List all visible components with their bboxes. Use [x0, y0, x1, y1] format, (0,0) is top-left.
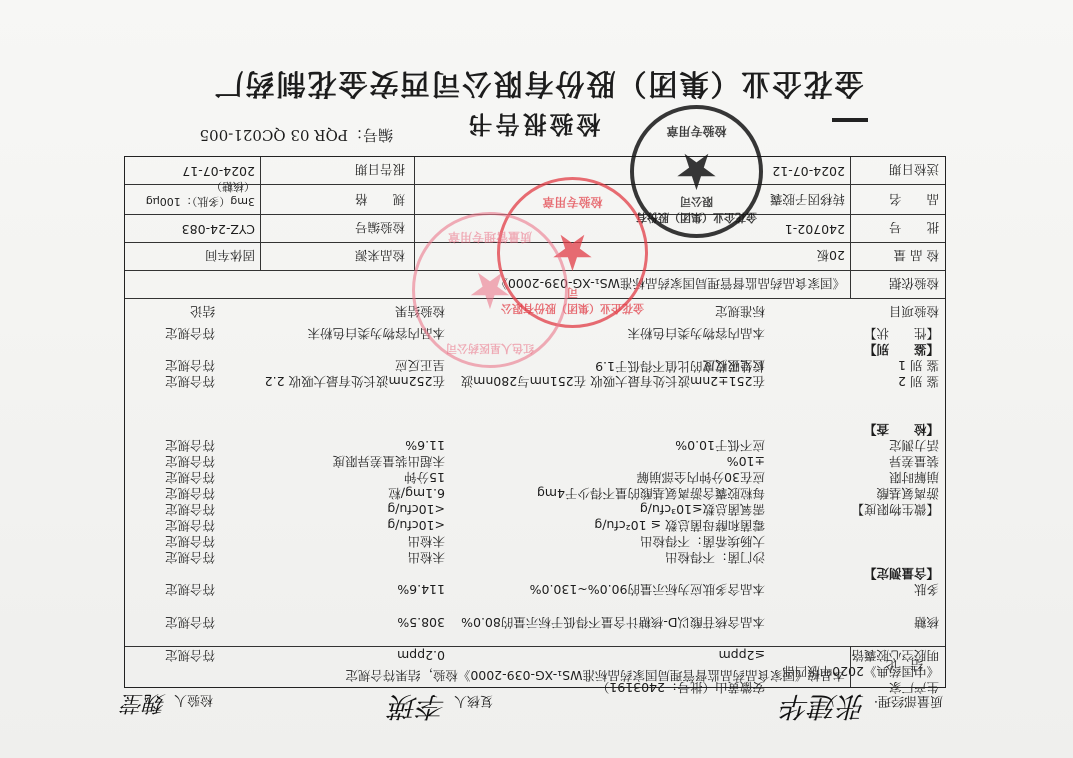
conclusion-label: 结 论: [885, 657, 923, 675]
cell-result: 本品内容物为类白色粉末: [245, 326, 445, 341]
reviewer-signature: 李瑛: [390, 690, 446, 723]
qa-manager-signature-block: 质量部经理·张建华: [782, 688, 943, 728]
cell-item: 装量差异: [769, 454, 939, 469]
cell-item: 【含量测定】: [769, 566, 939, 581]
cell-standard: 每粒胶囊含游离氨基酸的量不得少于4mg: [455, 486, 765, 501]
quantity: 20板: [817, 247, 845, 265]
cell-standard: ±10%: [455, 454, 765, 469]
cell-result: 15分钟: [245, 470, 445, 485]
spec: 3mg（多肽）：100μg（核糖）: [130, 179, 255, 209]
source-label: 检品来源: [355, 247, 405, 265]
cell-result: 未检出: [245, 550, 445, 565]
pink-quality-seal: 红色人星医药公司 ★ 质量管理专用章: [412, 212, 568, 368]
divider: [260, 157, 261, 271]
test-number-label: 检验编号: [355, 219, 405, 237]
cell-result: 308.5%: [245, 615, 445, 630]
header-standard: 标准规定: [715, 303, 765, 321]
cell-result: 未检出: [245, 534, 445, 549]
cell-conclusion: 符合规定: [135, 648, 215, 663]
cell-standard: 需氧菌总数≤10³cfu/g: [455, 502, 765, 517]
divider: [414, 157, 415, 271]
cell-standard: 本品含多肽应为标示量的90.0%~130.0%: [455, 582, 765, 597]
report-title: 检验报告书: [393, 109, 673, 144]
header-conclusion: 结论: [190, 303, 215, 321]
header-item: 检验项目: [889, 303, 939, 321]
cell-result: 114.6%: [245, 582, 445, 597]
cell-conclusion: 符合规定: [135, 470, 215, 485]
product-name: 转移因子胶囊: [770, 191, 845, 209]
batch-number: 240702-1: [785, 222, 845, 237]
reviewer-signature-block: 复核人李瑛: [390, 688, 493, 728]
reviewer-label: 复核人: [454, 693, 493, 708]
report-date: 2024-07-17: [182, 164, 255, 179]
cell-standard: 霉菌和酵母菌总数 ≤ 10²cfu/g: [455, 518, 765, 533]
divider: [850, 157, 851, 299]
cell-standard: 沙门菌：不得检出: [455, 550, 765, 565]
qa-manager-signature: 张建华: [782, 690, 866, 723]
star-icon: ★: [468, 265, 513, 315]
qa-manager-label: 质量部经理·: [874, 693, 943, 708]
seal-text: 红色人星医药公司: [415, 341, 565, 357]
cell-conclusion: 符合规定: [135, 358, 215, 373]
cell-conclusion: 符合规定: [135, 534, 215, 549]
seal-caption: 质量管理专用章: [415, 229, 565, 246]
cell-result: 6.1mg/粒: [245, 486, 445, 501]
document-number: 编号：PQR 03 QC021-005: [200, 125, 393, 146]
inspector-label: 检验人: [174, 692, 213, 707]
inspection-report-page: 金花企业（集团）股份有限公司西安金花制药厂 检验报告书 编号：PQR 03 QC…: [0, 0, 1073, 758]
cell-result: 11.6%: [245, 438, 445, 453]
cell-item: 核糖: [769, 615, 939, 630]
cell-conclusion: 符合规定: [135, 582, 215, 597]
cell-item: 【微生物限度】: [769, 502, 939, 517]
cell-standard: ≤2ppm: [455, 648, 765, 663]
cell-standard: 大肠埃希菌：不得检出: [455, 534, 765, 549]
document-number-label: 编号：: [348, 126, 393, 144]
cell-standard: 应不低于10.0%: [455, 438, 765, 453]
document-number-value: PQR 03 QC021-005: [200, 126, 348, 144]
seal-caption: 检验专用章: [500, 194, 645, 211]
cell-item: 活力测定: [769, 438, 939, 453]
cell-conclusion: 符合规定: [135, 438, 215, 453]
cell-item: 多肽: [769, 582, 939, 597]
cell-conclusion: 符合规定: [135, 374, 215, 389]
scanned-document: 金花企业（集团）股份有限公司西安金花制药厂 检验报告书 编号：PQR 03 QC…: [0, 0, 1073, 758]
seal-text: 金花企业（集团）股份有限公司: [634, 194, 759, 226]
cell-result: <10cfu/g: [245, 518, 445, 533]
cell-result: <10cfu/g: [245, 502, 445, 517]
cell-item: 【性 状】: [769, 326, 939, 341]
cell-item: 【鉴 别】: [769, 342, 939, 357]
submit-date-label: 送检日期: [889, 161, 939, 179]
divider: [125, 646, 945, 647]
cell-item: 游离氨基酸: [769, 486, 939, 501]
cell-conclusion: 符合规定: [135, 486, 215, 501]
inspector-signature: 魏莹: [122, 690, 166, 715]
cell-result: 在252nm波长处有最大吸收 2.2: [245, 374, 445, 389]
cell-item: 【检 查】: [769, 422, 939, 437]
black-inspection-seal: 金花企业（集团）股份有限公司 ★ 检验专用章: [630, 105, 763, 238]
company-name: 金花企业（集团）股份有限公司西安金花制药厂: [123, 65, 953, 106]
batch-label: 批 号: [889, 219, 939, 237]
seal-caption: 检验专用章: [634, 123, 759, 140]
conclusion-text: 本品按《国家食品药品监督管理局国家药品标准WS₁-XG-039-2000》检验，…: [135, 668, 845, 683]
cell-item: 鉴 别 2: [769, 374, 939, 389]
cell-item: 鉴 别 1: [769, 358, 939, 373]
test-number: CYZ-24-083: [182, 222, 255, 237]
star-icon: ★: [674, 147, 719, 197]
cell-item: 崩解时限: [769, 470, 939, 485]
cell-result: 未超出装量差异限度: [245, 454, 445, 469]
cell-conclusion: 符合规定: [135, 615, 215, 630]
cell-standard: 本品含核苷酸以D-核糖计含量不得低于标示量的80.0%: [455, 615, 765, 630]
basis-label: 检验依据: [889, 275, 939, 293]
cell-conclusion: 符合规定: [135, 502, 215, 517]
cell-conclusion: 符合规定: [135, 326, 215, 341]
divider: [850, 647, 851, 687]
source: 固体车间: [205, 247, 255, 265]
cell-result: 呈正反应: [245, 358, 445, 373]
cell-conclusion: 符合规定: [135, 550, 215, 565]
inspector-signature-block: 检验人魏莹: [122, 689, 213, 720]
title-rule: [832, 118, 868, 122]
submit-date: 2024-07-12: [772, 164, 845, 179]
cell-conclusion: 符合规定: [135, 518, 215, 533]
quantity-label: 检 品 量: [894, 247, 939, 265]
product-name-label: 品 名: [889, 191, 939, 209]
report-date-label: 报告日期: [355, 161, 405, 179]
cell-standard: 应在30分钟内全部崩解: [455, 470, 765, 485]
cell-conclusion: 符合规定: [135, 454, 215, 469]
cell-result: 0.2ppm: [245, 648, 445, 663]
spec-label: 规 格: [355, 191, 405, 209]
